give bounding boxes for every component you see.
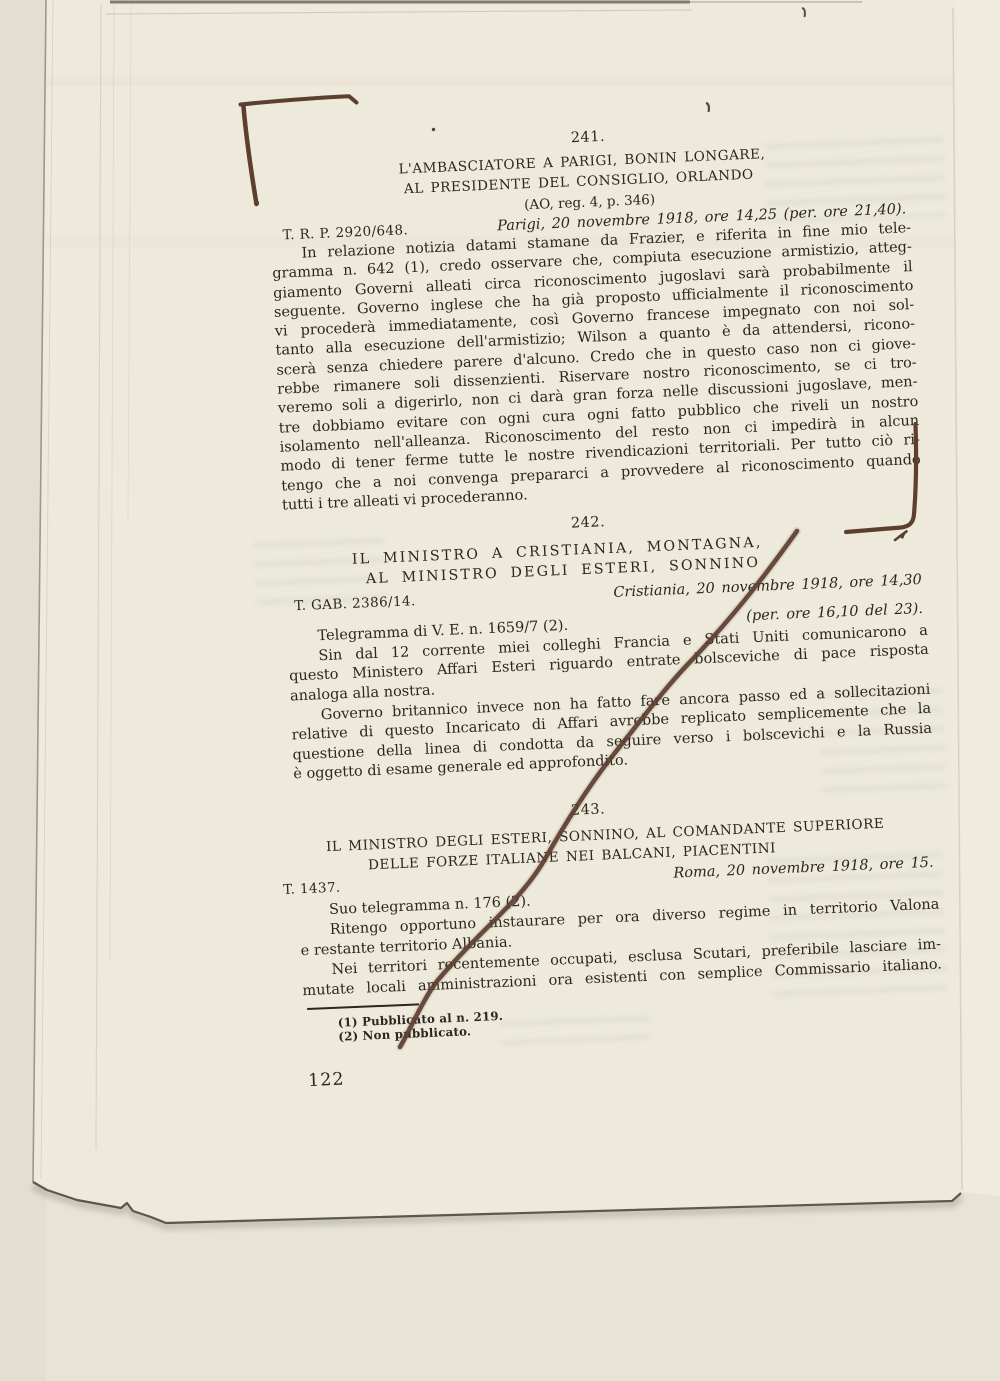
right-page-fold	[953, 8, 962, 1190]
stack-line-1	[96, 4, 101, 1150]
page-edge-shadow	[33, 1186, 961, 1226]
bottom-page-edge	[33, 1182, 961, 1223]
footnote-rule	[307, 1003, 419, 1010]
scanned-book-page: 241. L'AMBASCIATORE A PARIGI, BONIN LONG…	[0, 0, 1000, 1381]
footnotes: (1) Pubblicato al n. 219.(2) Non pubblic…	[304, 992, 945, 1046]
apostrophe-speck-top	[802, 8, 805, 17]
document-243: 243. IL MINISTRO DEGLI ESTERI, SONNINO, …	[295, 785, 942, 1001]
document-241: 241. L'AMBASCIATORE A PARIGI, BONIN LONG…	[267, 114, 922, 516]
left-page-edge-2	[41, 0, 53, 1178]
telegram-ref: T. 1437.	[283, 877, 341, 899]
stack-line-2	[110, 4, 114, 960]
scan-band-1	[46, 76, 954, 86]
page-text-layer: 241. L'AMBASCIATORE A PARIGI, BONIN LONG…	[266, 95, 946, 1092]
right-underlay	[956, 0, 1000, 1196]
stack-line-3	[128, 4, 131, 520]
page-number: 122	[308, 1044, 946, 1093]
document-body: In relazione notizia datami stamane da F…	[271, 219, 922, 516]
document-242: 242. IL MINISTRO A CRISTIANIA, MONTAGNA,…	[283, 499, 933, 785]
page-stack-strip	[0, 0, 46, 1381]
top-inner-line	[106, 10, 692, 14]
document-body: Telegramma di V. E. n. 1659/7 (2).Sin da…	[287, 602, 933, 785]
telegram-ref: T. GAB. 2386/14.	[294, 591, 416, 616]
left-page-edge	[33, 0, 46, 1182]
